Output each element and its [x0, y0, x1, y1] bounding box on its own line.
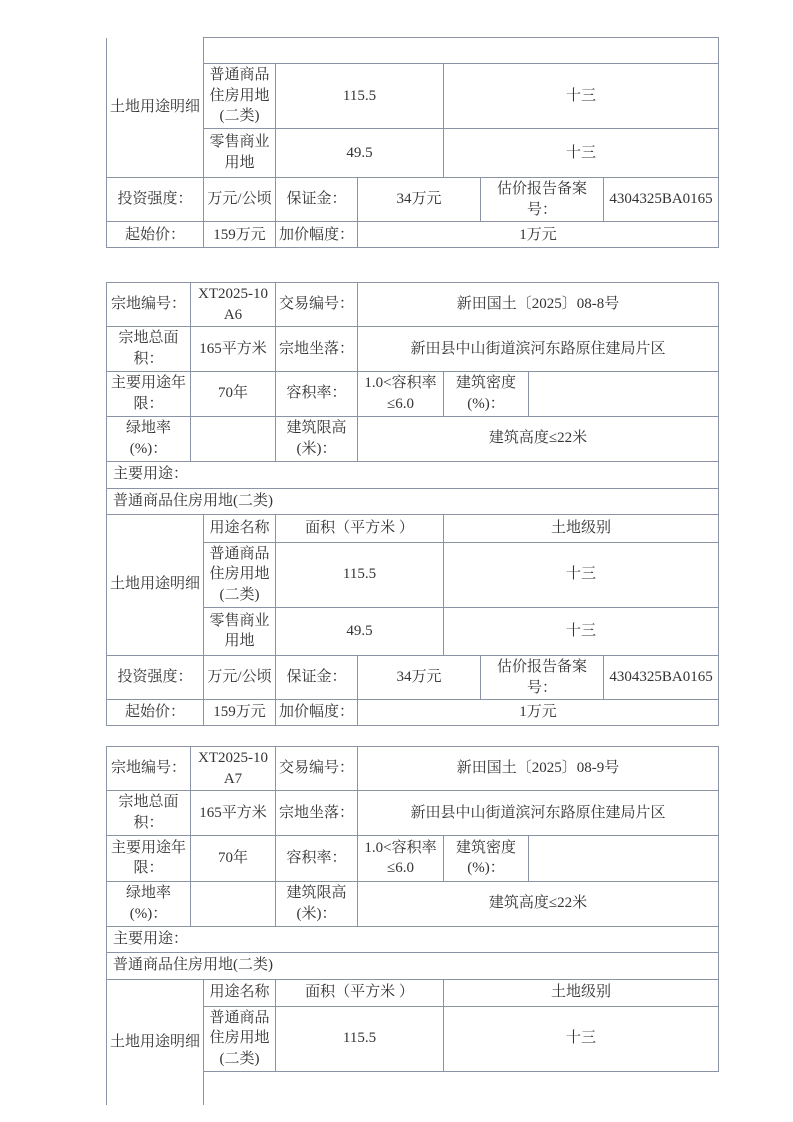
deposit-label: 保证金： [276, 655, 358, 699]
total-area-label: 宗地总面积： [107, 791, 191, 835]
increment-value: 1万元 [358, 700, 719, 726]
green-rate-value-empty [191, 416, 276, 461]
use-row-name: 零售商业用地 [204, 129, 276, 178]
use-row-grade: 十三 [444, 129, 719, 178]
main-use-value: 普通商品住房用地(二类) [107, 952, 719, 979]
location-label: 宗地坐落： [276, 791, 358, 835]
total-area-label: 宗地总面积： [107, 327, 191, 371]
deal-no-label: 交易编号： [276, 747, 358, 791]
use-row-area: 115.5 [276, 542, 444, 607]
use-row-area: 49.5 [276, 129, 444, 178]
building-density-label: 建筑密度(%)： [444, 835, 529, 881]
land-use-detail-label: 土地用途明细 [107, 38, 204, 178]
start-price-value: 159万元 [204, 222, 276, 248]
appraisal-no-value: 4304325BA0165 [604, 178, 719, 222]
document-page: 土地用途明细 普通商品住房用地(二类) 115.5 十三 零售商业用地 49.5… [0, 0, 793, 1122]
invest-strength-label: 投资强度： [107, 178, 204, 222]
total-area-value: 165平方米 [191, 327, 276, 371]
height-limit-label: 建筑限高(米)： [276, 881, 358, 926]
deposit-value: 34万元 [358, 655, 481, 699]
deal-no-value: 新田国土〔2025〕08-9号 [358, 747, 719, 791]
deposit-value: 34万元 [358, 178, 481, 222]
area-header: 面积（平方米 ） [276, 514, 444, 542]
cut-off-row-cell [204, 1071, 719, 1105]
parcel-table-fragment-top: 土地用途明细 普通商品住房用地(二类) 115.5 十三 零售商业用地 49.5… [106, 37, 719, 248]
location-value: 新田县中山街道滨河东路原住建局片区 [358, 791, 719, 835]
area-header: 面积（平方米 ） [276, 979, 444, 1006]
use-name-header: 用途名称 [204, 979, 276, 1006]
main-use-years-value: 70年 [191, 835, 276, 881]
building-density-label: 建筑密度(%)： [444, 371, 529, 416]
main-use-label: 主要用途： [107, 461, 719, 488]
plot-ratio-label: 容积率： [276, 835, 358, 881]
deal-no-value: 新田国土〔2025〕08-8号 [358, 283, 719, 327]
use-row-name: 普通商品住房用地(二类) [204, 1006, 276, 1071]
plot-ratio-value: 1.0<容积率≤6.0 [358, 835, 444, 881]
parcel-table-xt2025-10a7: 宗地编号： XT2025-10A7 交易编号： 新田国土〔2025〕08-9号 … [106, 746, 719, 1105]
land-grade-header: 土地级别 [444, 514, 719, 542]
main-use-value: 普通商品住房用地(二类) [107, 488, 719, 514]
green-rate-label: 绿地率(%)： [107, 416, 191, 461]
use-row-name: 普通商品住房用地(二类) [204, 64, 276, 129]
location-label: 宗地坐落： [276, 327, 358, 371]
parcel-no-label: 宗地编号： [107, 283, 191, 327]
parcel-no-value: XT2025-10A7 [191, 747, 276, 791]
height-limit-value: 建筑高度≤22米 [358, 881, 719, 926]
invest-strength-label: 投资强度： [107, 655, 204, 699]
location-value: 新田县中山街道滨河东路原住建局片区 [358, 327, 719, 371]
cut-off-header-cell [204, 38, 719, 64]
main-use-label: 主要用途： [107, 926, 719, 952]
use-row-grade: 十三 [444, 1006, 719, 1071]
green-rate-value-empty [191, 881, 276, 926]
use-row-area: 49.5 [276, 607, 444, 655]
use-row-area: 115.5 [276, 64, 444, 129]
start-price-value: 159万元 [204, 700, 276, 726]
use-name-header: 用途名称 [204, 514, 276, 542]
use-row-grade: 十三 [444, 64, 719, 129]
height-limit-value: 建筑高度≤22米 [358, 416, 719, 461]
appraisal-no-label: 估价报告备案号： [481, 655, 604, 699]
invest-strength-value: 万元/公顷 [204, 178, 276, 222]
building-density-value-empty [529, 371, 719, 416]
increment-value: 1万元 [358, 222, 719, 248]
start-price-label: 起始价： [107, 222, 204, 248]
use-row-name: 普通商品住房用地(二类) [204, 542, 276, 607]
invest-strength-value: 万元/公顷 [204, 655, 276, 699]
plot-ratio-value: 1.0<容积率≤6.0 [358, 371, 444, 416]
appraisal-no-value: 4304325BA0165 [604, 655, 719, 699]
land-use-detail-label: 土地用途明细 [107, 979, 204, 1105]
green-rate-label: 绿地率(%)： [107, 881, 191, 926]
total-area-value: 165平方米 [191, 791, 276, 835]
deposit-label: 保证金： [276, 178, 358, 222]
plot-ratio-label: 容积率： [276, 371, 358, 416]
use-row-name: 零售商业用地 [204, 607, 276, 655]
increment-label: 加价幅度： [276, 222, 358, 248]
start-price-label: 起始价： [107, 700, 204, 726]
main-use-years-label: 主要用途年限： [107, 371, 191, 416]
deal-no-label: 交易编号： [276, 283, 358, 327]
parcel-no-label: 宗地编号： [107, 747, 191, 791]
main-use-years-label: 主要用途年限： [107, 835, 191, 881]
use-row-grade: 十三 [444, 542, 719, 607]
use-row-area: 115.5 [276, 1006, 444, 1071]
land-grade-header: 土地级别 [444, 979, 719, 1006]
use-row-grade: 十三 [444, 607, 719, 655]
parcel-no-value: XT2025-10A6 [191, 283, 276, 327]
parcel-table-xt2025-10a6: 宗地编号： XT2025-10A6 交易编号： 新田国土〔2025〕08-8号 … [106, 282, 719, 726]
increment-label: 加价幅度： [276, 700, 358, 726]
appraisal-no-label: 估价报告备案号： [481, 178, 604, 222]
main-use-years-value: 70年 [191, 371, 276, 416]
building-density-value-empty [529, 835, 719, 881]
height-limit-label: 建筑限高(米)： [276, 416, 358, 461]
land-use-detail-label: 土地用途明细 [107, 514, 204, 655]
